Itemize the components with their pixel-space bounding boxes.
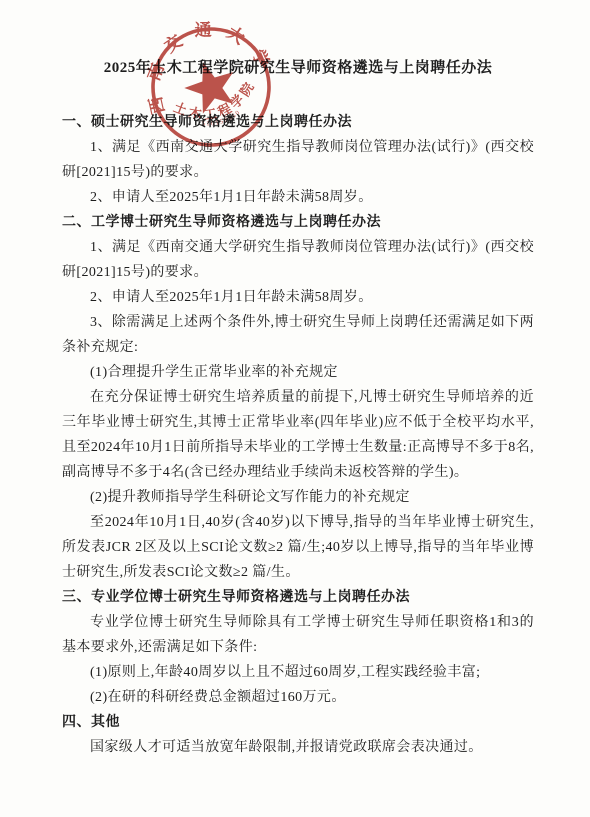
section-3-heading: 三、专业学位博士研究生导师资格遴选与上岗聘任办法 xyxy=(62,585,534,610)
section-1-heading: 一、硕士研究生导师资格遴选与上岗聘任办法 xyxy=(62,110,534,135)
section-3-para-3: (2)在研的科研经费总金额超过160万元。 xyxy=(62,685,534,710)
section-3-para-1: 专业学位博士研究生导师除具有工学博士研究生导师任职资格1和3的基本要求外,还需满… xyxy=(62,610,534,660)
section-1-para-2: 2、申请人至2025年1月1日年龄未满58周岁。 xyxy=(62,185,534,210)
document-page: 2025年土木工程学院研究生导师资格遴选与上岗聘任办法 一、硕士研究生导师资格遴… xyxy=(0,0,590,817)
document-title: 2025年土木工程学院研究生导师资格遴选与上岗聘任办法 xyxy=(62,56,534,80)
section-2-para-7: 至2024年10月1日,40岁(含40岁)以下博导,指导的当年毕业博士研究生,所… xyxy=(62,510,534,585)
document-body: 2025年土木工程学院研究生导师资格遴选与上岗聘任办法 一、硕士研究生导师资格遴… xyxy=(62,56,534,760)
section-3-para-2: (1)原则上,年龄40周岁以上且不超过60周岁,工程实践经验丰富; xyxy=(62,660,534,685)
section-2-para-6: (2)提升教师指导学生科研论文写作能力的补充规定 xyxy=(62,485,534,510)
section-4-para-1: 国家级人才可适当放宽年龄限制,并报请党政联席会表决通过。 xyxy=(62,735,534,760)
section-1-para-1: 1、满足《西南交通大学研究生指导教师岗位管理办法(试行)》(西交校研[2021]… xyxy=(62,135,534,185)
section-2-para-3: 3、除需满足上述两个条件外,博士研究生导师上岗聘任还需满足如下两条补充规定: xyxy=(62,310,534,360)
section-2-para-4: (1)合理提升学生正常毕业率的补充规定 xyxy=(62,360,534,385)
section-2-heading: 二、工学博士研究生导师资格遴选与上岗聘任办法 xyxy=(62,210,534,235)
section-4-heading: 四、其他 xyxy=(62,710,534,735)
section-2-para-1: 1、满足《西南交通大学研究生指导教师岗位管理办法(试行)》(西交校研[2021]… xyxy=(62,235,534,285)
section-2-para-2: 2、申请人至2025年1月1日年龄未满58周岁。 xyxy=(62,285,534,310)
section-2-para-5: 在充分保证博士研究生培养质量的前提下,凡博士研究生导师培养的近三年毕业博士研究生… xyxy=(62,385,534,485)
